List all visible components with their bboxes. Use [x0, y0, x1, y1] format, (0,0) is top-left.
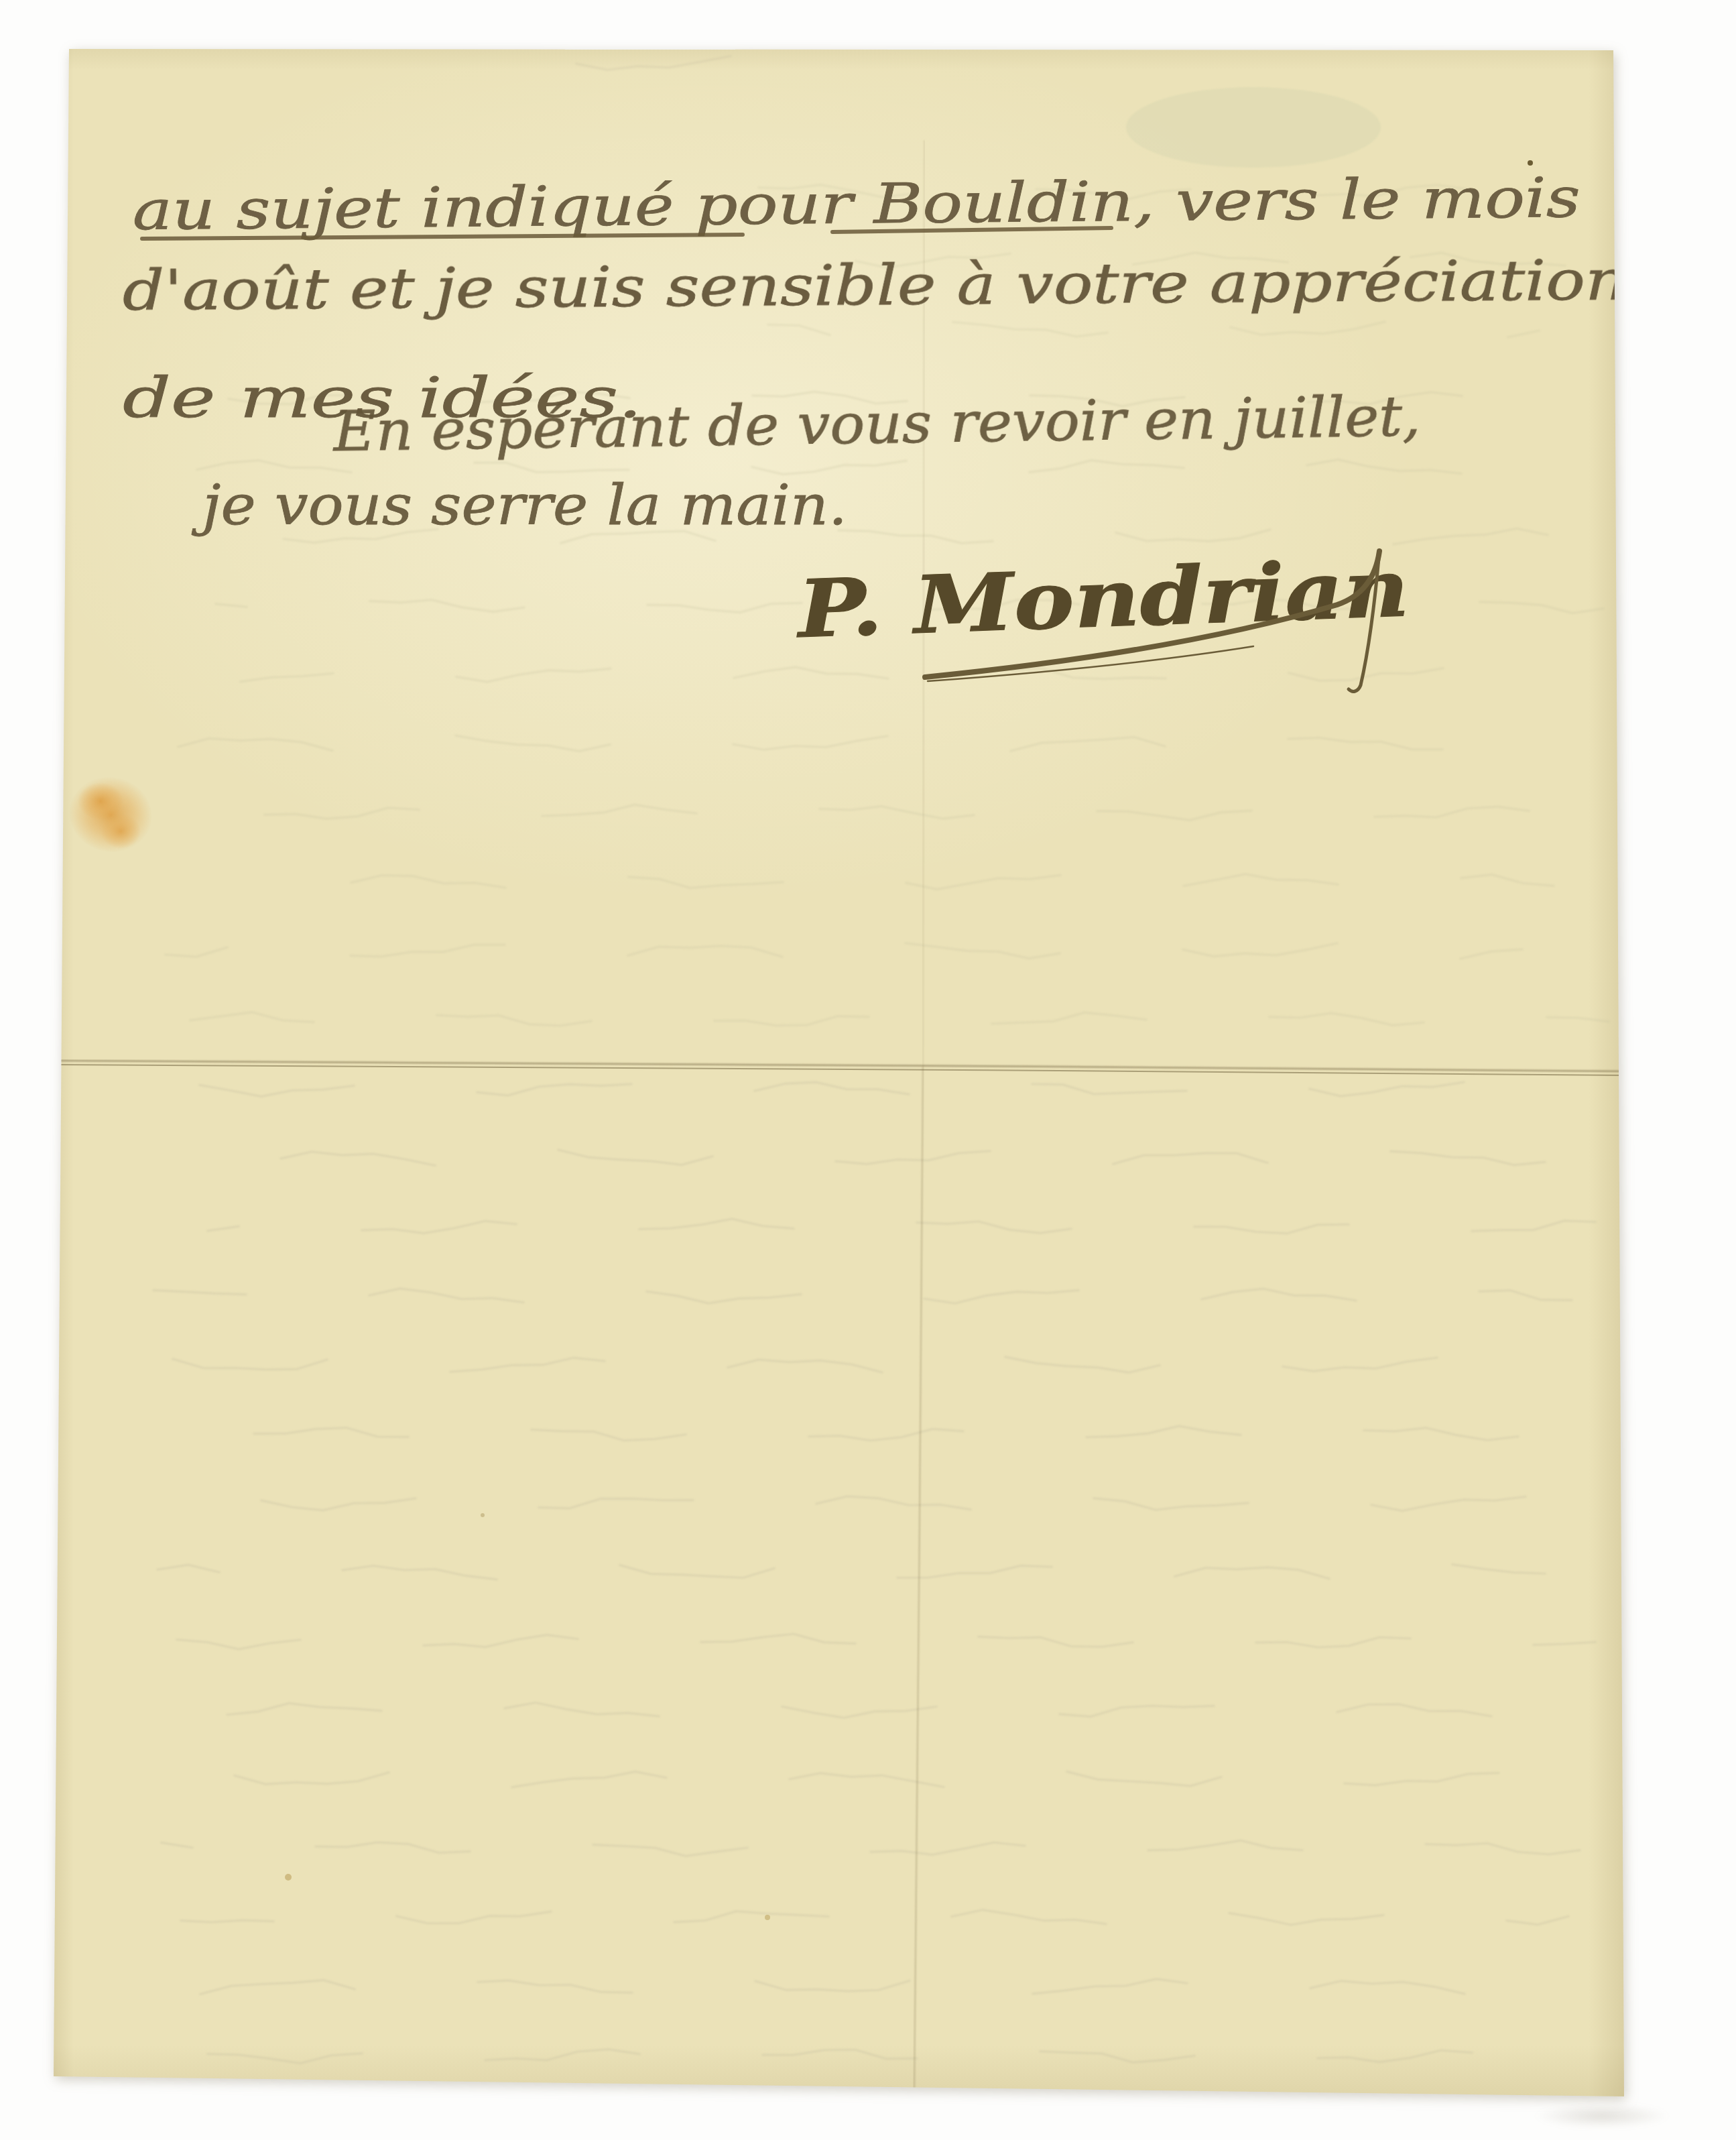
paper-speck — [481, 1513, 485, 1517]
scan-background: au sujet indiqué pour Bouldin, vers le m… — [0, 0, 1736, 2140]
letter-page-wrap: au sujet indiqué pour Bouldin, vers le m… — [54, 47, 1625, 2098]
handwriting-layer: au sujet indiqué pour Bouldin, vers le m… — [122, 166, 1625, 691]
paper-speck — [1528, 160, 1533, 166]
stain-mark — [62, 769, 160, 859]
letter-page: au sujet indiqué pour Bouldin, vers le m… — [54, 47, 1625, 2098]
fold-crease-vertical-lower — [914, 1067, 923, 2092]
paper-speck — [285, 1874, 292, 1881]
scan-smudge — [1535, 2104, 1669, 2128]
signature-text: P. Mondrian — [794, 541, 1411, 656]
handwriting-line-2: d'août et je suis sensible à votre appré… — [122, 249, 1625, 323]
closing-line-2: je vous serre la main. — [192, 474, 847, 538]
paper-speck — [765, 1915, 770, 1920]
letter-artwork: au sujet indiqué pour Bouldin, vers le m… — [54, 47, 1625, 2098]
verso-showthrough-lines — [153, 56, 1609, 2064]
showthrough-tint-patch — [1126, 87, 1381, 168]
